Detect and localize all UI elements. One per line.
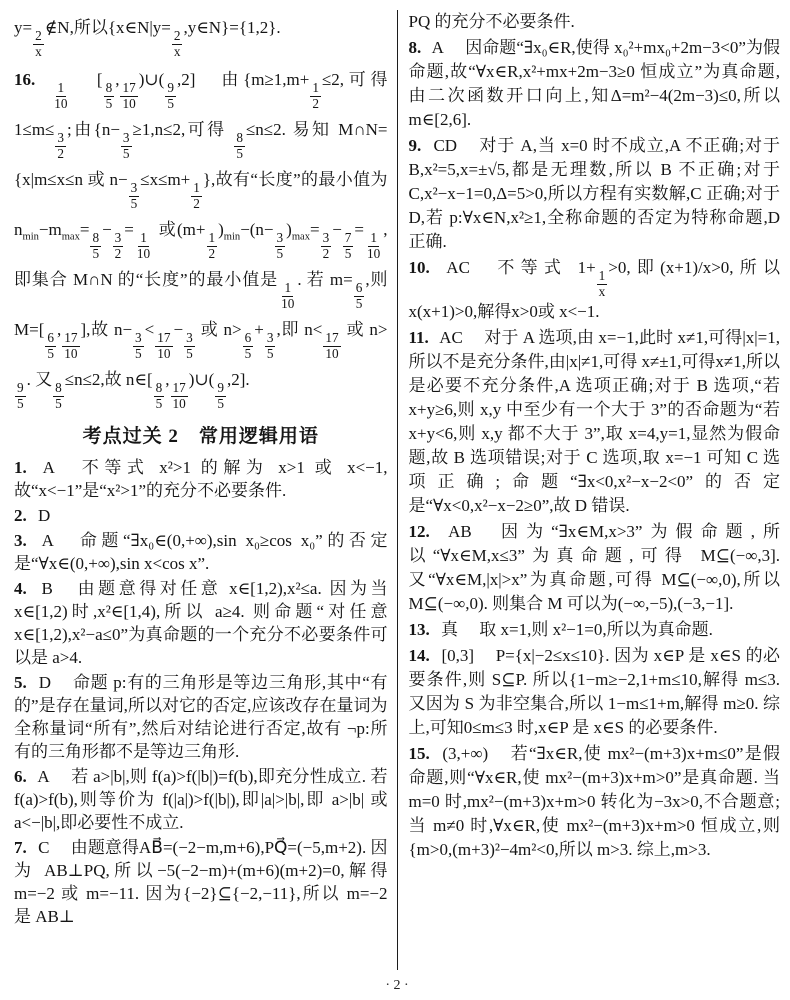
item-text: 由{m≥1,m+1/2≤2,可得 1≤m≤3/2;由{n−3/5≥1,n≤2,可…: [14, 70, 388, 389]
solution-item-15: 15. (3,+∞) 若“∃x∈R,使 mx²−(m+3)x+m≤0”是假命题,…: [409, 742, 781, 862]
item-text: 因命题“∃x₀∈R,使得 x₀²+mx₀+2m−3<0”为假命题,故“∀x∈R,…: [409, 38, 781, 129]
item-answer: CD: [433, 136, 457, 155]
item-number: 8.: [409, 38, 422, 57]
item-text: 对于 A 选项,由 x=−1,此时 x≠1,可得|x|=1,所以不是充分条件,由…: [409, 328, 781, 515]
item-number: 10.: [409, 258, 430, 277]
item-answer: B: [42, 579, 53, 598]
solution-item-13: 13. 真 取 x=1,则 x²−1=0,所以为真命题.: [409, 618, 781, 642]
solution-item-11: 11. AC 对于 A 选项,由 x=−1,此时 x≠1,可得|x|=1,所以不…: [409, 326, 781, 518]
item-answer: (3,+∞): [442, 744, 488, 763]
solution-item-8: 8. A 因命题“∃x₀∈R,使得 x₀²+mx₀+2m−3<0”为假命题,故“…: [409, 36, 781, 132]
item-text: 命题 p:有的三角形是等边三角形,其中“有的”是存在量词,所以对它的否定,应该改…: [14, 673, 388, 761]
solution-item-7: 7. C 由题意得AB⃗=(−2−m,m+6),PQ⃗=(−5,m+2). 因为…: [14, 836, 388, 928]
item-number: 13.: [409, 620, 430, 639]
item-answer: AC: [446, 258, 470, 277]
item-text: 若 a>|b|,则 f(a)>f(|b|)=f(b),即充分性成立. 若 f(a…: [14, 767, 388, 832]
paragraph-text: y=2/x∉N,所以{x∈N|y=2/x,y∈N}={1,2}.: [14, 18, 281, 37]
item-answer: A: [43, 458, 55, 477]
item-number: 7.: [14, 838, 27, 857]
paragraph-text: PQ 的充分不必要条件.: [409, 12, 575, 31]
item-answer: AC: [439, 328, 463, 347]
item-text: 由题意得对任意 x∈[1,2),x²≤a. 因为当 x∈[1,2)时,x²∈[1…: [14, 579, 388, 667]
item-number: 5.: [14, 673, 27, 692]
solution-item-4: 4. B 由题意得对任意 x∈[1,2),x²≤a. 因为当 x∈[1,2)时,…: [14, 577, 388, 669]
item-number: 12.: [409, 522, 430, 541]
continued-paragraph: y=2/x∉N,所以{x∈N|y=2/x,y∈N}={1,2}.: [14, 10, 388, 60]
two-column-layout: y=2/x∉N,所以{x∈N|y=2/x,y∈N}={1,2}. 16. 1/1…: [14, 10, 780, 974]
section-header: 考点过关 2 常用逻辑用语: [14, 421, 388, 448]
left-column: y=2/x∉N,所以{x∈N|y=2/x,y∈N}={1,2}. 16. 1/1…: [14, 10, 397, 974]
answer-key-page: y=2/x∉N,所以{x∈N|y=2/x,y∈N}={1,2}. 16. 1/1…: [0, 0, 790, 1000]
item-text: 由题意得AB⃗=(−2−m,m+6),PQ⃗=(−5,m+2). 因为 AB⊥P…: [14, 838, 388, 926]
item-answer: A: [432, 38, 444, 57]
item-number: 9.: [409, 136, 422, 155]
item-number: 2.: [14, 506, 27, 525]
item-number: 15.: [409, 744, 430, 763]
item-answer: A: [42, 531, 54, 550]
continued-paragraph: PQ 的充分不必要条件.: [409, 10, 781, 34]
solution-item-5: 5. D 命题 p:有的三角形是等边三角形,其中“有的”是存在量词,所以对它的否…: [14, 671, 388, 763]
item-answer: [0,3]: [441, 646, 474, 665]
page-number: · 2 ·: [14, 974, 780, 1000]
solution-item-2: 2. D: [14, 504, 388, 527]
item-text: 命题“∃x₀∈(0,+∞),sin x₀≥cos x₀”的否定是“∀x∈(0,+…: [14, 531, 388, 573]
item-text: 对于 A,当 x=0 时不成立,A 不正确;对于 B,x²=5,x=±√5,都是…: [409, 136, 781, 251]
solution-item-3: 3. A 命题“∃x₀∈(0,+∞),sin x₀≥cos x₀”的否定是“∀x…: [14, 529, 388, 575]
solution-item-9: 9. CD 对于 A,当 x=0 时不成立,A 不正确;对于 B,x²=5,x=…: [409, 134, 781, 254]
item-number: 1.: [14, 458, 27, 477]
item-answer: D: [38, 506, 50, 525]
item-answer: AB: [448, 522, 472, 541]
item-number: 3.: [14, 531, 27, 550]
solution-item-10: 10. AC 不等式 1+1/x>0,即(x+1)/x>0,所以 x(x+1)>…: [409, 256, 781, 324]
item-answer: D: [39, 673, 51, 692]
solution-item-12: 12. AB 因为“∃x∈M,x>3”为假命题,所以“∀x∈M,x≤3”为真命题…: [409, 520, 781, 616]
item-text: 取 x=1,则 x²−1=0,所以为真命题.: [479, 620, 713, 639]
item-number: 14.: [409, 646, 430, 665]
solution-item-16: 16. 1/10 [8/5,17/10)∪(9/5,2] 由{m≥1,m+1/2…: [14, 62, 388, 412]
solution-item-14: 14. [0,3] P={x|−2≤x≤10}. 因为 x∈P 是 x∈S 的必…: [409, 644, 781, 740]
item-number: 16.: [14, 70, 35, 89]
item-text: 不等式 x²>1 的解为 x>1 或 x<−1,故“x<−1”是“x²>1”的充…: [14, 458, 388, 500]
solution-item-1: 1. A 不等式 x²>1 的解为 x>1 或 x<−1,故“x<−1”是“x²…: [14, 456, 388, 502]
solution-item-6: 6. A 若 a>|b|,则 f(a)>f(|b|)=f(b),即充分性成立. …: [14, 765, 388, 834]
item-number: 6.: [14, 767, 27, 786]
item-answer: C: [38, 838, 49, 857]
item-number: 4.: [14, 579, 27, 598]
item-number: 11.: [409, 328, 429, 347]
item-answer: A: [37, 767, 49, 786]
right-column: PQ 的充分不必要条件. 8. A 因命题“∃x₀∈R,使得 x₀²+mx₀+2…: [398, 10, 781, 974]
item-answer: 真: [441, 620, 458, 639]
item-answer: 1/10 [8/5,17/10)∪(9/5,2]: [51, 70, 195, 89]
